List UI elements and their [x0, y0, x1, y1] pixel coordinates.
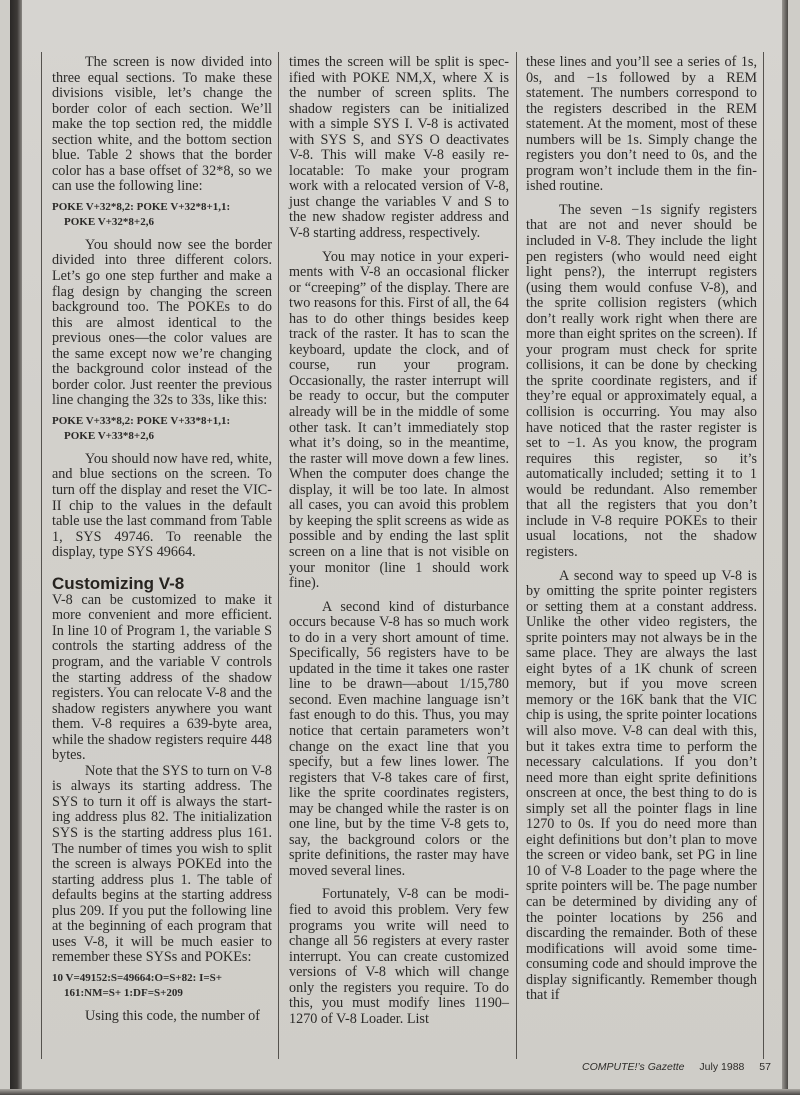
column-rule-2	[516, 52, 517, 1059]
publication-name: COMPUTE!’s Gazette	[582, 1061, 685, 1073]
paragraph: A second kind of disturbance occurs beca…	[289, 600, 509, 880]
code-line: POKE V+32*8,2: POKE V+32*8+1,1:	[52, 200, 272, 215]
column-rule-right	[763, 52, 764, 1059]
code-line: 10 V=49152:S=49664:O=S+82: I=S+	[52, 971, 272, 986]
paragraph: You should now have red, white, and blue…	[52, 452, 272, 561]
page-left-shadow	[10, 0, 22, 1095]
page-bottom-shadow	[0, 1089, 800, 1095]
paragraph: Note that the SYS to turn on V-8 is alwa…	[52, 764, 272, 966]
paragraph: The seven −1s signify regis­ters that ar…	[526, 203, 757, 561]
paragraph: V-8 can be customized to make it more co…	[52, 593, 272, 764]
section-heading: Customizing V-8	[52, 575, 272, 593]
paragraph: Fortunately, V-8 can be modi­fied to avo…	[289, 887, 509, 1027]
paragraph: Using this code, the number of	[52, 1009, 272, 1025]
code-listing: POKE V+33*8,2: POKE V+33*8+1,1: POKE V+3…	[52, 414, 272, 444]
paragraph: A second way to speed up V-8 is by omitt…	[526, 569, 757, 1004]
column-rule-left	[41, 52, 42, 1059]
code-listing: POKE V+32*8,2: POKE V+32*8+1,1: POKE V+3…	[52, 200, 272, 230]
code-line: 161:NM=S+ 1:DF=S+209	[52, 986, 272, 1001]
column-rule-1	[278, 52, 279, 1059]
code-line: POKE V+32*8+2,6	[52, 215, 272, 230]
code-line: POKE V+33*8+2,6	[52, 429, 272, 444]
page-right-shadow	[782, 0, 788, 1095]
article-column-3: these lines and you’ll see a series of 1…	[526, 55, 757, 1004]
issue-date: July 1988	[699, 1061, 744, 1073]
article-column-1: The screen is now divided into three equ…	[52, 55, 272, 1024]
code-listing: 10 V=49152:S=49664:O=S+82: I=S+ 161:NM=S…	[52, 971, 272, 1001]
paragraph: times the screen will be split is spec­i…	[289, 55, 509, 242]
paragraph: You may notice in your experi­ments with…	[289, 250, 509, 592]
paragraph: The screen is now divided into three equ…	[52, 55, 272, 195]
paragraph: these lines and you’ll see a series of 1…	[526, 55, 757, 195]
article-column-2: times the screen will be split is spec­i…	[289, 55, 509, 1027]
page-footer: COMPUTE!’s Gazette July 1988 57	[582, 1061, 771, 1073]
page-number: 57	[759, 1061, 771, 1073]
paragraph: You should now see the border divided in…	[52, 238, 272, 409]
code-line: POKE V+33*8,2: POKE V+33*8+1,1:	[52, 414, 272, 429]
